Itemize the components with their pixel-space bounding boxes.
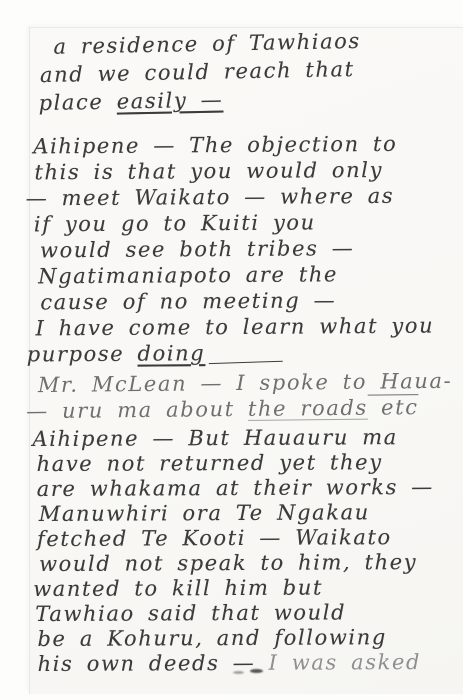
underlined-text: easily (116, 88, 187, 113)
line-text: — meet Waikato — where as (26, 184, 395, 211)
line-text: Ngatimaniapoto are the (38, 262, 338, 288)
line-text: fetched Te Kooti — Waikato (37, 525, 392, 551)
line-text: are whakama at their works — (37, 475, 434, 501)
handwritten-line: be a Kohuru, and following (37, 625, 434, 652)
line-text: would not speak to him, they (39, 550, 417, 576)
underlined-text: the roads (248, 396, 368, 421)
handwritten-line: wanted to kill him but (33, 575, 434, 602)
line-text: this is that you would only (34, 158, 383, 184)
line-text: wanted to kill him but (33, 576, 323, 602)
handwritten-line: Manuwhiri ora Te Ngakau (39, 500, 434, 527)
line-text: Aihipene — The objection to (33, 132, 397, 159)
line-text: I have come to learn what you (35, 314, 434, 341)
underlined-text: doing (137, 341, 282, 366)
handwritten-line: cause of no meeting — (40, 287, 434, 316)
line-text: — uru ma about (26, 397, 248, 423)
scanned-page: a residence of Tawhiaos and we could rea… (0, 0, 463, 700)
line-text: be a Kohuru, and following (37, 625, 387, 651)
handwritten-line: Aihipene — The objection to (33, 131, 433, 160)
line-text: if you go to Kuiti you (34, 210, 316, 236)
handwritten-line: purpose doing (27, 339, 435, 368)
ink-smudge (233, 671, 244, 674)
handwritten-line: Aihipene — But Hauauru ma (32, 425, 433, 452)
handwritten-line: this is that you would only (34, 157, 433, 186)
line-text: etc (368, 395, 419, 420)
line-text: — (187, 88, 223, 113)
line-text: cause of no meeting — (40, 288, 336, 314)
handwritten-line: Ngatimaniapoto are the (38, 261, 434, 290)
handwritten-line: — uru ma about the roads etc (26, 394, 453, 424)
paragraph-aihipene-2: Aihipene — But Hauauru ma have not retur… (27, 425, 434, 677)
paragraph-continuation: a residence of Tawhiaos and we could rea… (37, 27, 362, 117)
line-text: Aihipene — But Hauauru ma (32, 425, 398, 451)
line-text: I was asked (269, 650, 422, 675)
handwritten-line: would see both tribes — (40, 235, 434, 264)
line-text: Mr. McLean — I spoke to Haua- (38, 369, 453, 397)
handwritten-line: have not returned yet they (36, 450, 433, 477)
line-text: purpose (27, 342, 138, 367)
handwritten-line: would not speak to him, they (39, 550, 434, 577)
handwritten-line: Tawhiao said that would (35, 600, 434, 627)
handwritten-line: are whakama at their works — (37, 475, 434, 502)
handwritten-line: fetched Te Kooti — Waikato (37, 525, 434, 552)
ink-smudge (250, 669, 263, 673)
line-text: a residence of Tawhiaos (53, 29, 361, 59)
handwritten-line: I have come to learn what you (35, 313, 434, 342)
line-text: place (38, 90, 117, 115)
line-text: have not returned yet they (36, 450, 382, 476)
line-text: Manuwhiri ora Te Ngakau (39, 500, 370, 526)
line-text: Tawhiao said that would (35, 600, 346, 626)
handwritten-line: — meet Waikato — where as (26, 183, 434, 212)
paragraph-aihipene-1: Aihipene — The objection to this is that… (25, 131, 434, 368)
paragraph-mclean: Mr. McLean — I spoke to Haua- — uru ma a… (26, 368, 453, 424)
handwritten-line: if you go to Kuiti you (34, 209, 434, 238)
line-text: and we could reach that (40, 57, 355, 87)
line-text: would see both tribes — (40, 236, 354, 262)
